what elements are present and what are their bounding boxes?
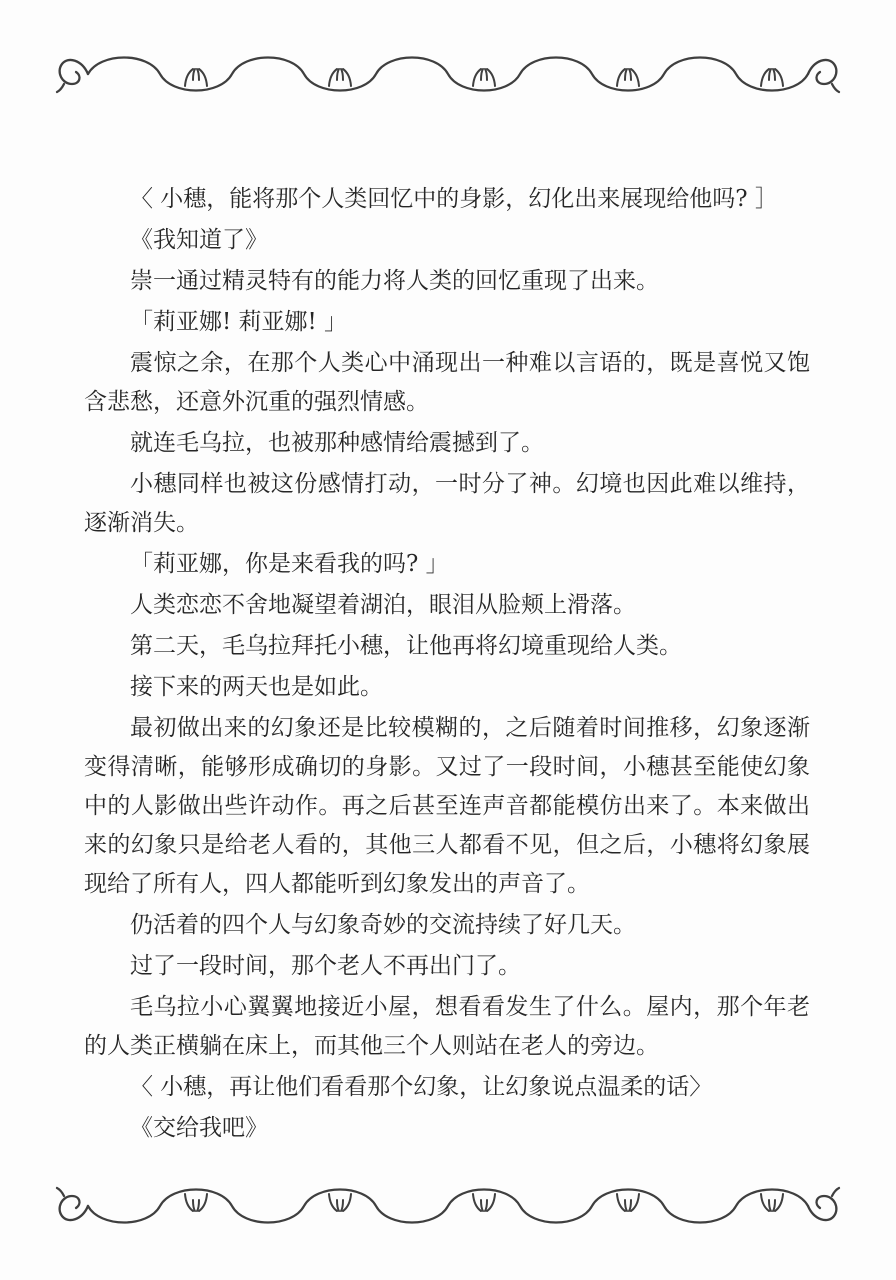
paragraph: 震惊之余，在那个人类心中涌现出一种难以言语的，既是喜悦又饱含悲愁，还意外沉重的强… bbox=[84, 344, 810, 422]
bottom-scroll-border-ornament bbox=[52, 1182, 844, 1230]
paragraph: 就连毛乌拉，也被那种感情给震撼到了。 bbox=[84, 424, 810, 463]
paragraph: 「莉亚娜! 莉亚娜! 」 bbox=[84, 303, 810, 342]
page-text: 〈 小穗，能将那个人类回忆中的身影，幻化出来展现给他吗? ］ 《我知道了》 崇一… bbox=[84, 180, 810, 1150]
scroll-wave-border-icon bbox=[52, 50, 844, 98]
paragraph: 《我知道了》 bbox=[84, 221, 810, 260]
scroll-wave-border-icon bbox=[52, 1182, 844, 1230]
paragraph: 〈 小穗，再让他们看看那个幻象，让幻象说点温柔的话〉 bbox=[84, 1068, 810, 1107]
book-page: 〈 小穗，能将那个人类回忆中的身影，幻化出来展现给他吗? ］ 《我知道了》 崇一… bbox=[0, 0, 896, 1280]
paragraph: 仍活着的四个人与幻象奇妙的交流持续了好几天。 bbox=[84, 906, 810, 945]
paragraph: 毛乌拉小心翼翼地接近小屋，想看看发生了什么。屋内，那个年老的人类正横躺在床上，而… bbox=[84, 988, 810, 1066]
paragraph: 第二天，毛乌拉拜托小穗，让他再将幻境重现给人类。 bbox=[84, 627, 810, 666]
paragraph: 最初做出来的幻象还是比较模糊的，之后随着时间推移，幻象逐渐变得清晰，能够形成确切… bbox=[84, 709, 810, 904]
paragraph: 小穗同样也被这份感情打动，一时分了神。幻境也因此难以维持，逐渐消失。 bbox=[84, 465, 810, 543]
paragraph: 人类恋恋不舍地凝望着湖泊，眼泪从脸颊上滑落。 bbox=[84, 586, 810, 625]
paragraph: 《交给我吧》 bbox=[84, 1109, 810, 1148]
paragraph: 「莉亚娜，你是来看我的吗? 」 bbox=[84, 545, 810, 584]
paragraph: 接下来的两天也是如此。 bbox=[84, 668, 810, 707]
paragraph: 崇一通过精灵特有的能力将人类的回忆重现了出来。 bbox=[84, 262, 810, 301]
paragraph: 过了一段时间，那个老人不再出门了。 bbox=[84, 947, 810, 986]
paragraph: 〈 小穗，能将那个人类回忆中的身影，幻化出来展现给他吗? ］ bbox=[84, 180, 810, 219]
top-scroll-border-ornament bbox=[52, 50, 844, 98]
